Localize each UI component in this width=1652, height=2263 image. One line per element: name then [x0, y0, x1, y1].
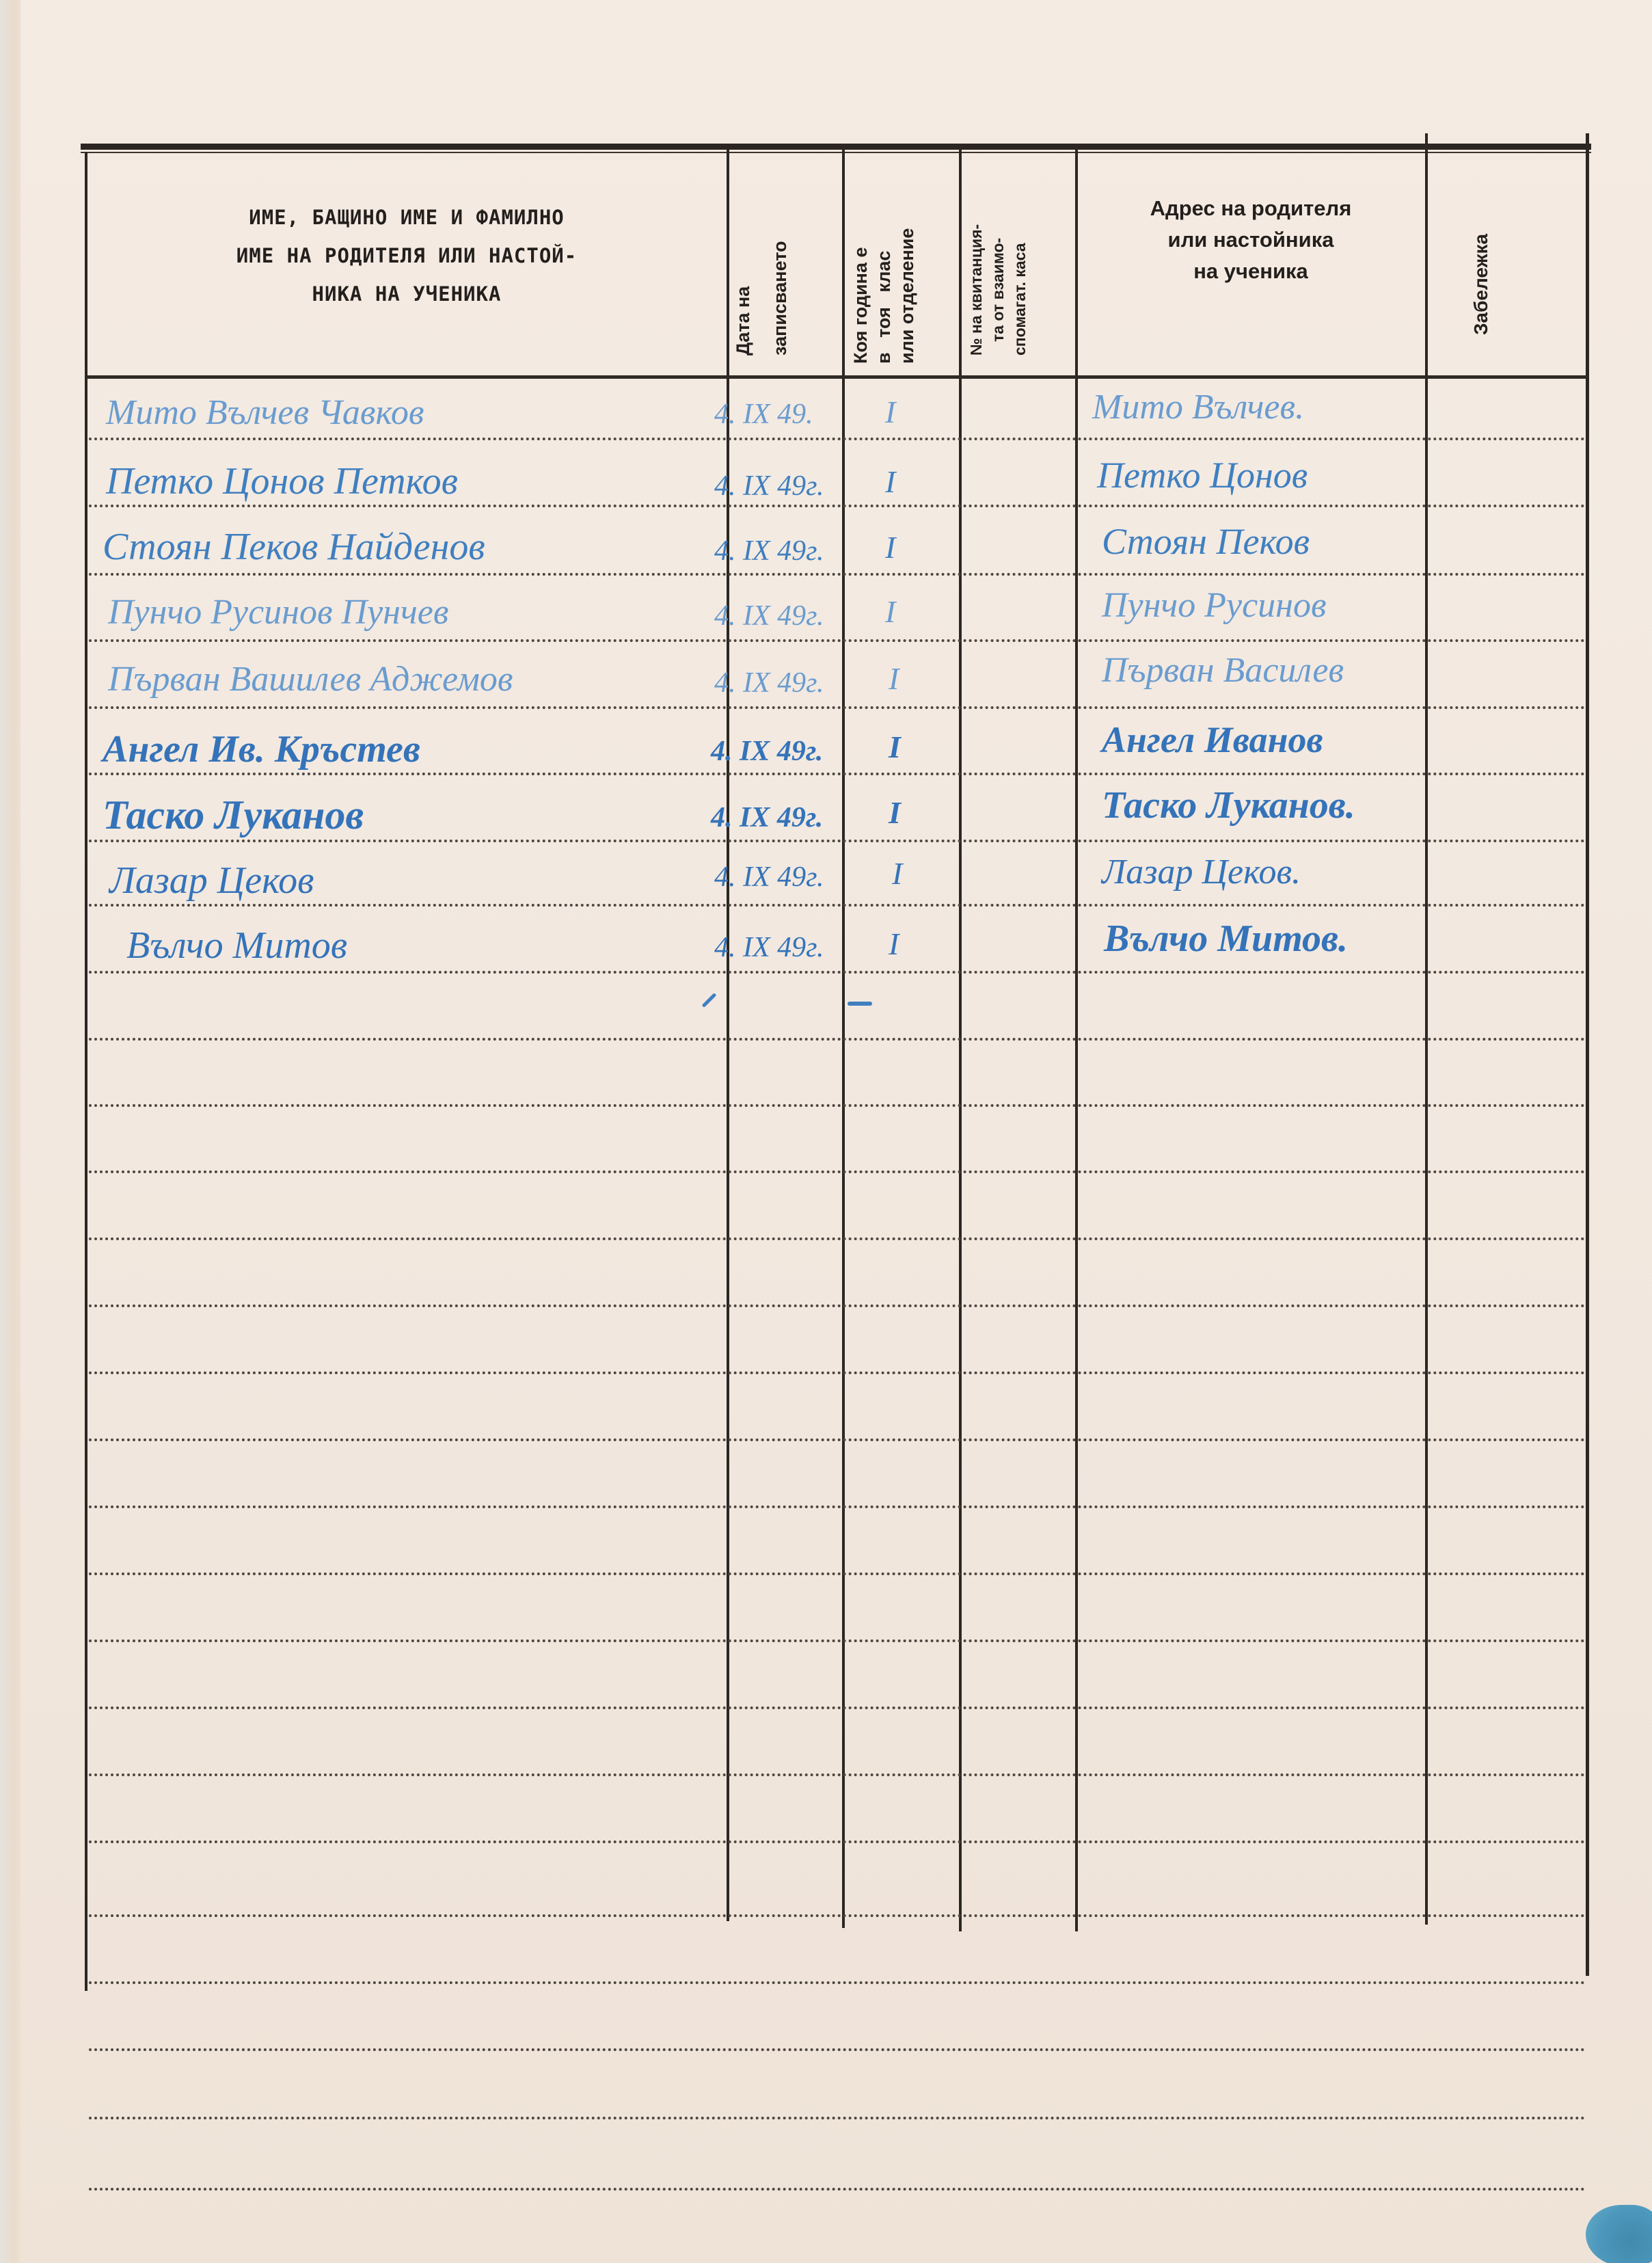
top-border-thick — [81, 144, 1591, 150]
entry-address: Лазар Цеков. — [1102, 855, 1301, 890]
row-rule — [89, 438, 1586, 440]
closing-tick-date — [702, 993, 717, 1008]
entry-name: Лазар Цеков — [109, 861, 314, 900]
header-address-line-1: Адрес на родителя — [1083, 193, 1418, 224]
header-name-line-2: ИМЕ НА РОДИТЕЛЯ ИЛИ НАСТОЙ- — [96, 237, 718, 275]
entry-name: Стоян Пеков Найденов — [103, 528, 485, 566]
row-rule — [89, 1038, 1586, 1041]
row-rule — [89, 1371, 1586, 1374]
header-name-column: ИМЕ, БАЩИНО ИМЕ И ФАМИЛНО ИМЕ НА РОДИТЕЛ… — [96, 198, 718, 313]
entry-date: 4. IX 49г. — [714, 863, 824, 892]
entry-name: Вълчо Митов — [126, 926, 347, 965]
entry-name: Мито Вълчев Чавков — [106, 395, 424, 431]
row-rule — [89, 505, 1586, 507]
entry-date: 4. IX 49г. — [714, 472, 824, 500]
entry-address: Първан Василев — [1102, 653, 1344, 688]
entry-year: I — [889, 663, 899, 695]
header-address-line-3: на ученика — [1083, 256, 1418, 287]
entry-date: 4. IX 49г. — [711, 737, 823, 766]
entry-address: Петко Цонов — [1097, 457, 1308, 494]
row-rule — [89, 639, 1586, 642]
row-rule — [89, 971, 1586, 974]
entry-year: I — [885, 397, 895, 428]
entry-address: Ангел Иванов — [1102, 721, 1323, 758]
entry-date: 4. IX 49г. — [714, 537, 824, 565]
column-line-left — [85, 152, 87, 1991]
entry-name: Пунчо Русинов Пунчев — [108, 595, 448, 630]
row-rule — [89, 1505, 1586, 1508]
row-rule — [89, 1438, 1586, 1441]
header-year-line-3: или отделение — [895, 145, 919, 364]
row-rule — [89, 1170, 1586, 1173]
row-rule — [89, 1304, 1586, 1307]
header-year-line-2: в тоя клас — [872, 145, 895, 364]
entry-address: Пунчо Русинов — [1102, 588, 1327, 624]
entry-address: Вълчо Митов. — [1104, 920, 1348, 958]
row-rule — [89, 1773, 1586, 1776]
row-rule — [89, 1572, 1586, 1575]
entry-date: 4. IX 49г. — [714, 602, 824, 630]
header-name-line-1: ИМЕ, БАЩИНО ИМЕ И ФАМИЛНО — [96, 198, 718, 237]
entry-date: 4. IX 49. — [714, 400, 813, 429]
header-note-column: Забележка — [1470, 234, 1493, 335]
entry-date: 4. IX 49г. — [714, 933, 824, 962]
entry-year: I — [889, 928, 899, 960]
row-rule — [89, 840, 1586, 842]
entry-name: Петко Цонов Петков — [106, 462, 458, 500]
header-receipt-line-2: та от взаимо- — [987, 137, 1009, 356]
row-rule — [89, 773, 1586, 775]
header-address-line-2: или настойника — [1083, 224, 1418, 256]
header-year-line-1: Коя година е — [849, 145, 872, 364]
header-receipt-line-3: спомагат. каса — [1009, 137, 1031, 356]
entry-address: Таско Луканов. — [1102, 786, 1355, 825]
entry-address: Мито Вълчев. — [1092, 390, 1304, 425]
row-rule — [89, 573, 1586, 576]
header-name-line-3: НИКА НА УЧЕНИКА — [96, 275, 718, 313]
header-year-column: Коя година е в тоя клас или отделение — [849, 145, 919, 364]
closing-dash-year — [848, 1002, 872, 1006]
column-line-right — [1586, 133, 1589, 1976]
header-date-column: Дата на записването — [731, 150, 791, 356]
row-rule — [89, 2117, 1586, 2119]
row-rule — [89, 1639, 1586, 1642]
column-line-note — [1425, 133, 1428, 1925]
header-bottom-rule — [85, 375, 1589, 379]
row-rule — [89, 1914, 1586, 1917]
entry-year: I — [889, 732, 901, 763]
header-receipt-column: № на квитанция- та от взаимо- спомагат. … — [965, 137, 1031, 356]
header-note-label: Забележка — [1470, 234, 1493, 335]
header-receipt-line-1: № на квитанция- — [965, 137, 987, 356]
entry-name: Ангел Ив. Кръстев — [103, 730, 420, 768]
entry-name: Първан Вашилев Аджемов — [108, 662, 513, 697]
entry-name: Таско Луканов — [103, 794, 364, 835]
row-rule — [89, 706, 1586, 709]
entry-year: I — [885, 596, 895, 628]
entry-year: I — [892, 858, 902, 889]
entry-year: I — [889, 797, 901, 829]
row-rule — [89, 2188, 1586, 2191]
entry-address: Стоян Пеков — [1102, 523, 1310, 560]
row-rule — [89, 1981, 1586, 1984]
ink-stain — [1586, 2205, 1652, 2263]
row-rule — [89, 904, 1586, 907]
top-border-thin — [81, 152, 1591, 153]
row-rule — [89, 1706, 1586, 1709]
header-address-column: Адрес на родителя или настойника на учен… — [1083, 193, 1418, 287]
row-rule — [89, 1104, 1586, 1107]
enrollment-ledger-table: ИМЕ, БАЩИНО ИМЕ И ФАМИЛНО ИМЕ НА РОДИТЕЛ… — [0, 0, 1652, 2263]
entry-year: I — [885, 532, 895, 563]
entry-date: 4. IX 49г. — [711, 803, 823, 832]
row-rule — [89, 1840, 1586, 1843]
column-line-year — [842, 144, 845, 1928]
entry-date: 4. IX 49г. — [714, 669, 824, 697]
header-date-line-1: Дата на — [731, 150, 755, 356]
row-rule — [89, 1237, 1586, 1240]
entry-year: I — [885, 466, 895, 498]
row-rule — [89, 2048, 1586, 2051]
header-date-line-2: записването — [768, 150, 791, 356]
